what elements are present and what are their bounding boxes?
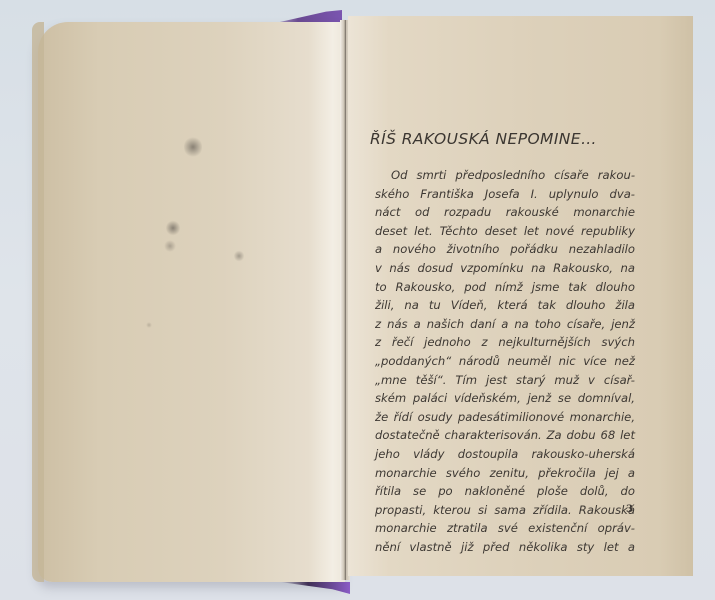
- text-line: propasti, kterou si sama zřídila. Rakous…: [375, 501, 635, 520]
- foxing-stain: [184, 136, 202, 158]
- book-binding-bottom: [280, 582, 350, 594]
- right-page: ŘÍŠ RAKOUSKÁ NEPOMINE… Od smrti předposl…: [348, 16, 693, 576]
- text-line: řítila se po nakloněné ploše dolů, do: [375, 482, 635, 501]
- text-line: náct od rozpadu rakouské monarchie: [375, 203, 635, 222]
- text-line: že řídí osudy padesátimilionové monarchi…: [375, 408, 635, 427]
- text-line: jeho vlády dostoupila rakousko-uherská: [375, 445, 635, 464]
- foxing-stain: [234, 250, 244, 262]
- book-photo-scene: ŘÍŠ RAKOUSKÁ NEPOMINE… Od smrti předposl…: [0, 0, 715, 600]
- text-line: dostatečně charakterisován. Za dobu 68 l…: [375, 426, 635, 445]
- text-line: v nás dosud vzpomínku na Rakousko, na: [375, 259, 635, 278]
- text-line: ského Františka Josefa I. uplynulo dva-: [375, 185, 635, 204]
- text-line: monarchie ztratila své existenční opráv-: [375, 519, 635, 538]
- body-text: Od smrti předposledního císaře rakou- sk…: [375, 166, 635, 556]
- text-line: žili, na tu Vídeň, která tak dlouho žila: [375, 296, 635, 315]
- text-line: ském paláci vídeňském, jenž se domníval,: [375, 389, 635, 408]
- foxing-stain: [164, 240, 176, 252]
- text-line: nění vlastně již před několika sty let a: [375, 538, 635, 557]
- text-line: „mne těší“. Tím jest starý muž v císař-: [375, 371, 635, 390]
- text-line: „poddaných“ národů neuměl nic více než: [375, 352, 635, 371]
- chapter-heading: ŘÍŠ RAKOUSKÁ NEPOMINE…: [370, 130, 597, 148]
- foxing-stain: [166, 220, 180, 236]
- text-line: z řečí jednoho z nejkulturnějších svých: [375, 333, 635, 352]
- foxing-stain: [146, 322, 152, 328]
- text-line: Od smrti předposledního císaře rakou-: [375, 166, 635, 185]
- text-line: z nás a našich daní a na toho císaře, je…: [375, 315, 635, 334]
- left-page: [38, 22, 345, 582]
- text-line: monarchie svého zenitu, překročila jej a: [375, 464, 635, 483]
- text-line: deset let. Těchto deset let nové republi…: [375, 222, 635, 241]
- text-line: a nového životního pořádku nezahladilo: [375, 240, 635, 259]
- text-line: to Rakousko, pod nímž jsme tak dlouho: [375, 278, 635, 297]
- page-number: 3: [626, 504, 633, 515]
